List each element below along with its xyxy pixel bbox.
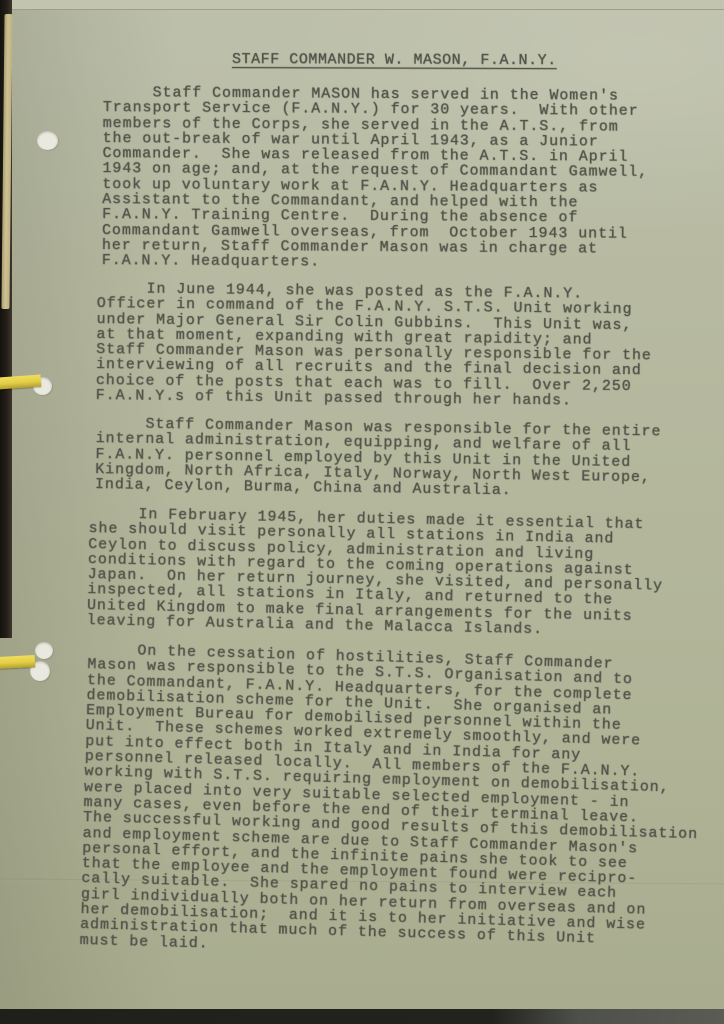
paragraph-demobilisation: On the cessation of hostilities, Staff C… bbox=[79, 642, 702, 965]
paragraph-administration: Staff Commander Mason was responsible fo… bbox=[95, 416, 662, 501]
punch-hole-bottom-upper bbox=[35, 642, 53, 659]
paragraph-service-history: Staff Commander MASON has served in the … bbox=[102, 85, 649, 272]
punch-hole-top bbox=[37, 131, 58, 150]
paragraph-1945-inspections: In February 1945, her duties made it ess… bbox=[87, 506, 665, 640]
document-photo: STAFF COMMANDER W. MASON, F.A.N.Y. Staff… bbox=[0, 0, 724, 1024]
top-page-edge bbox=[0, 0, 724, 10]
table-surface-band bbox=[0, 1009, 724, 1024]
paragraph-sts-command: In June 1944, she was posted as the F.A.… bbox=[96, 281, 653, 410]
binding-ribbon-bottom bbox=[0, 655, 35, 669]
document-title: STAFF COMMANDER W. MASON, F.A.N.Y. bbox=[232, 52, 557, 68]
